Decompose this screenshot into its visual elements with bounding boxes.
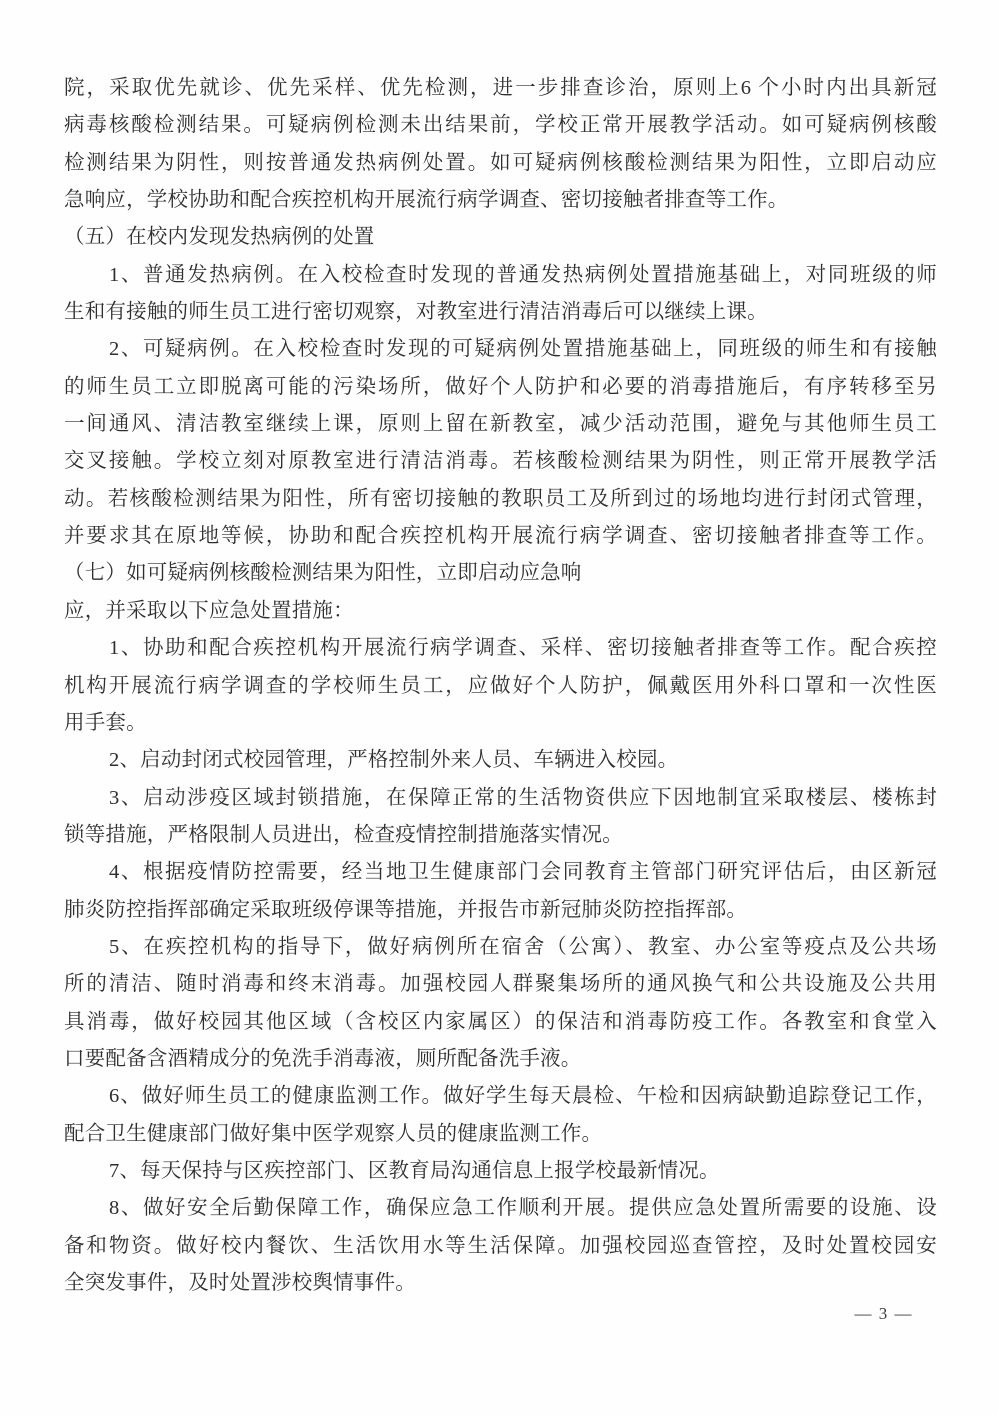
text-line: 急响应，学校协助和配合疾控机构开展流行病学调查、密切接触者排查等工作。 [64,182,937,219]
text-line: 5、在疾控机构的指导下，做好病例所在宿舍（公寓）、教室、办公室等疫点及公共场 [64,929,937,966]
page-number: — 3 — [855,1304,914,1324]
document-page: 院，采取优先就诊、优先采样、优先检测，进一步排查诊治，原则上6 个小时内出具新冠… [0,0,999,1415]
text-line: 2、可疑病例。在入校检查时发现的可疑病例处置措施基础上，同班级的师生和有接触 [64,331,937,368]
text-line: 口要配备含酒精成分的免洗手消毒液，厕所配备洗手液。 [64,1041,937,1078]
text-line: （七）如可疑病例核酸检测结果为阳性，立即启动应急响 [64,555,937,592]
text-line: 机构开展流行病学调查的学校师生员工，应做好个人防护，佩戴医用外科口罩和一次性医 [64,668,937,705]
text-line: 4、根据疫情防控需要，经当地卫生健康部门会同教育主管部门研究评估后，由区新冠 [64,854,937,891]
text-line: 病毒核酸检测结果。可疑病例检测未出结果前，学校正常开展教学活动。如可疑病例核酸 [64,107,937,144]
text-line: 7、每天保持与区疾控部门、区教育局沟通信息上报学校最新情况。 [64,1153,937,1190]
text-line: 肺炎防控指挥部确定采取班级停课等措施，并报告市新冠肺炎防控指挥部。 [64,892,937,929]
text-line: 院，采取优先就诊、优先采样、优先检测，进一步排查诊治，原则上6 个小时内出具新冠 [64,70,937,107]
text-line: 检测结果为阴性，则按普通发热病例处置。如可疑病例核酸检测结果为阳性，立即启动应 [64,145,937,182]
text-line: 备和物资。做好校内餐饮、生活饮用水等生活保障。加强校园巡查管控，及时处置校园安 [64,1228,937,1265]
text-line: 生和有接触的师生员工进行密切观察，对教室进行清洁消毒后可以继续上课。 [64,294,937,331]
document-body: 院，采取优先就诊、优先采样、优先检测，进一步排查诊治，原则上6 个小时内出具新冠… [64,70,937,1302]
text-line: 交叉接触。学校立刻对原教室进行清洁消毒。若核酸检测结果为阴性，则正常开展教学活 [64,443,937,480]
text-line: 全突发事件，及时处置涉校舆情事件。 [64,1265,937,1302]
text-line: 1、普通发热病例。在入校检查时发现的普通发热病例处置措施基础上，对同班级的师 [64,257,937,294]
text-line: 用手套。 [64,705,937,742]
text-line: 6、做好师生员工的健康监测工作。做好学生每天晨检、午检和因病缺勤追踪登记工作， [64,1078,937,1115]
text-line: 并要求其在原地等候，协助和配合疾控机构开展流行病学调查、密切接触者排查等工作。 [64,518,937,555]
text-line: 一间通风、清洁教室继续上课，原则上留在新教室，减少活动范围，避免与其他师生员工 [64,406,937,443]
text-line: （五）在校内发现发热病例的处置 [64,219,937,256]
text-line: 8、做好安全后勤保障工作，确保应急工作顺利开展。提供应急处置所需要的设施、设 [64,1190,937,1227]
text-line: 1、协助和配合疾控机构开展流行病学调查、采样、密切接触者排查等工作。配合疾控 [64,630,937,667]
text-line: 锁等措施，严格限制人员进出，检查疫情控制措施落实情况。 [64,817,937,854]
text-line: 3、启动涉疫区域封锁措施，在保障正常的生活物资供应下因地制宜采取楼层、楼栋封 [64,780,937,817]
text-line: 2、启动封闭式校园管理，严格控制外来人员、车辆进入校园。 [64,742,937,779]
text-line: 所的清洁、随时消毒和终末消毒。加强校园人群聚集场所的通风换气和公共设施及公共用 [64,966,937,1003]
text-line: 动。若核酸检测结果为阳性，所有密切接触的教职员工及所到过的场地均进行封闭式管理， [64,481,937,518]
text-line: 应，并采取以下应急处置措施： [64,593,937,630]
text-line: 具消毒，做好校园其他区域（含校区内家属区）的保洁和消毒防疫工作。各教室和食堂入 [64,1004,937,1041]
text-line: 的师生员工立即脱离可能的污染场所，做好个人防护和必要的消毒措施后，有序转移至另 [64,369,937,406]
text-line: 配合卫生健康部门做好集中医学观察人员的健康监测工作。 [64,1116,937,1153]
